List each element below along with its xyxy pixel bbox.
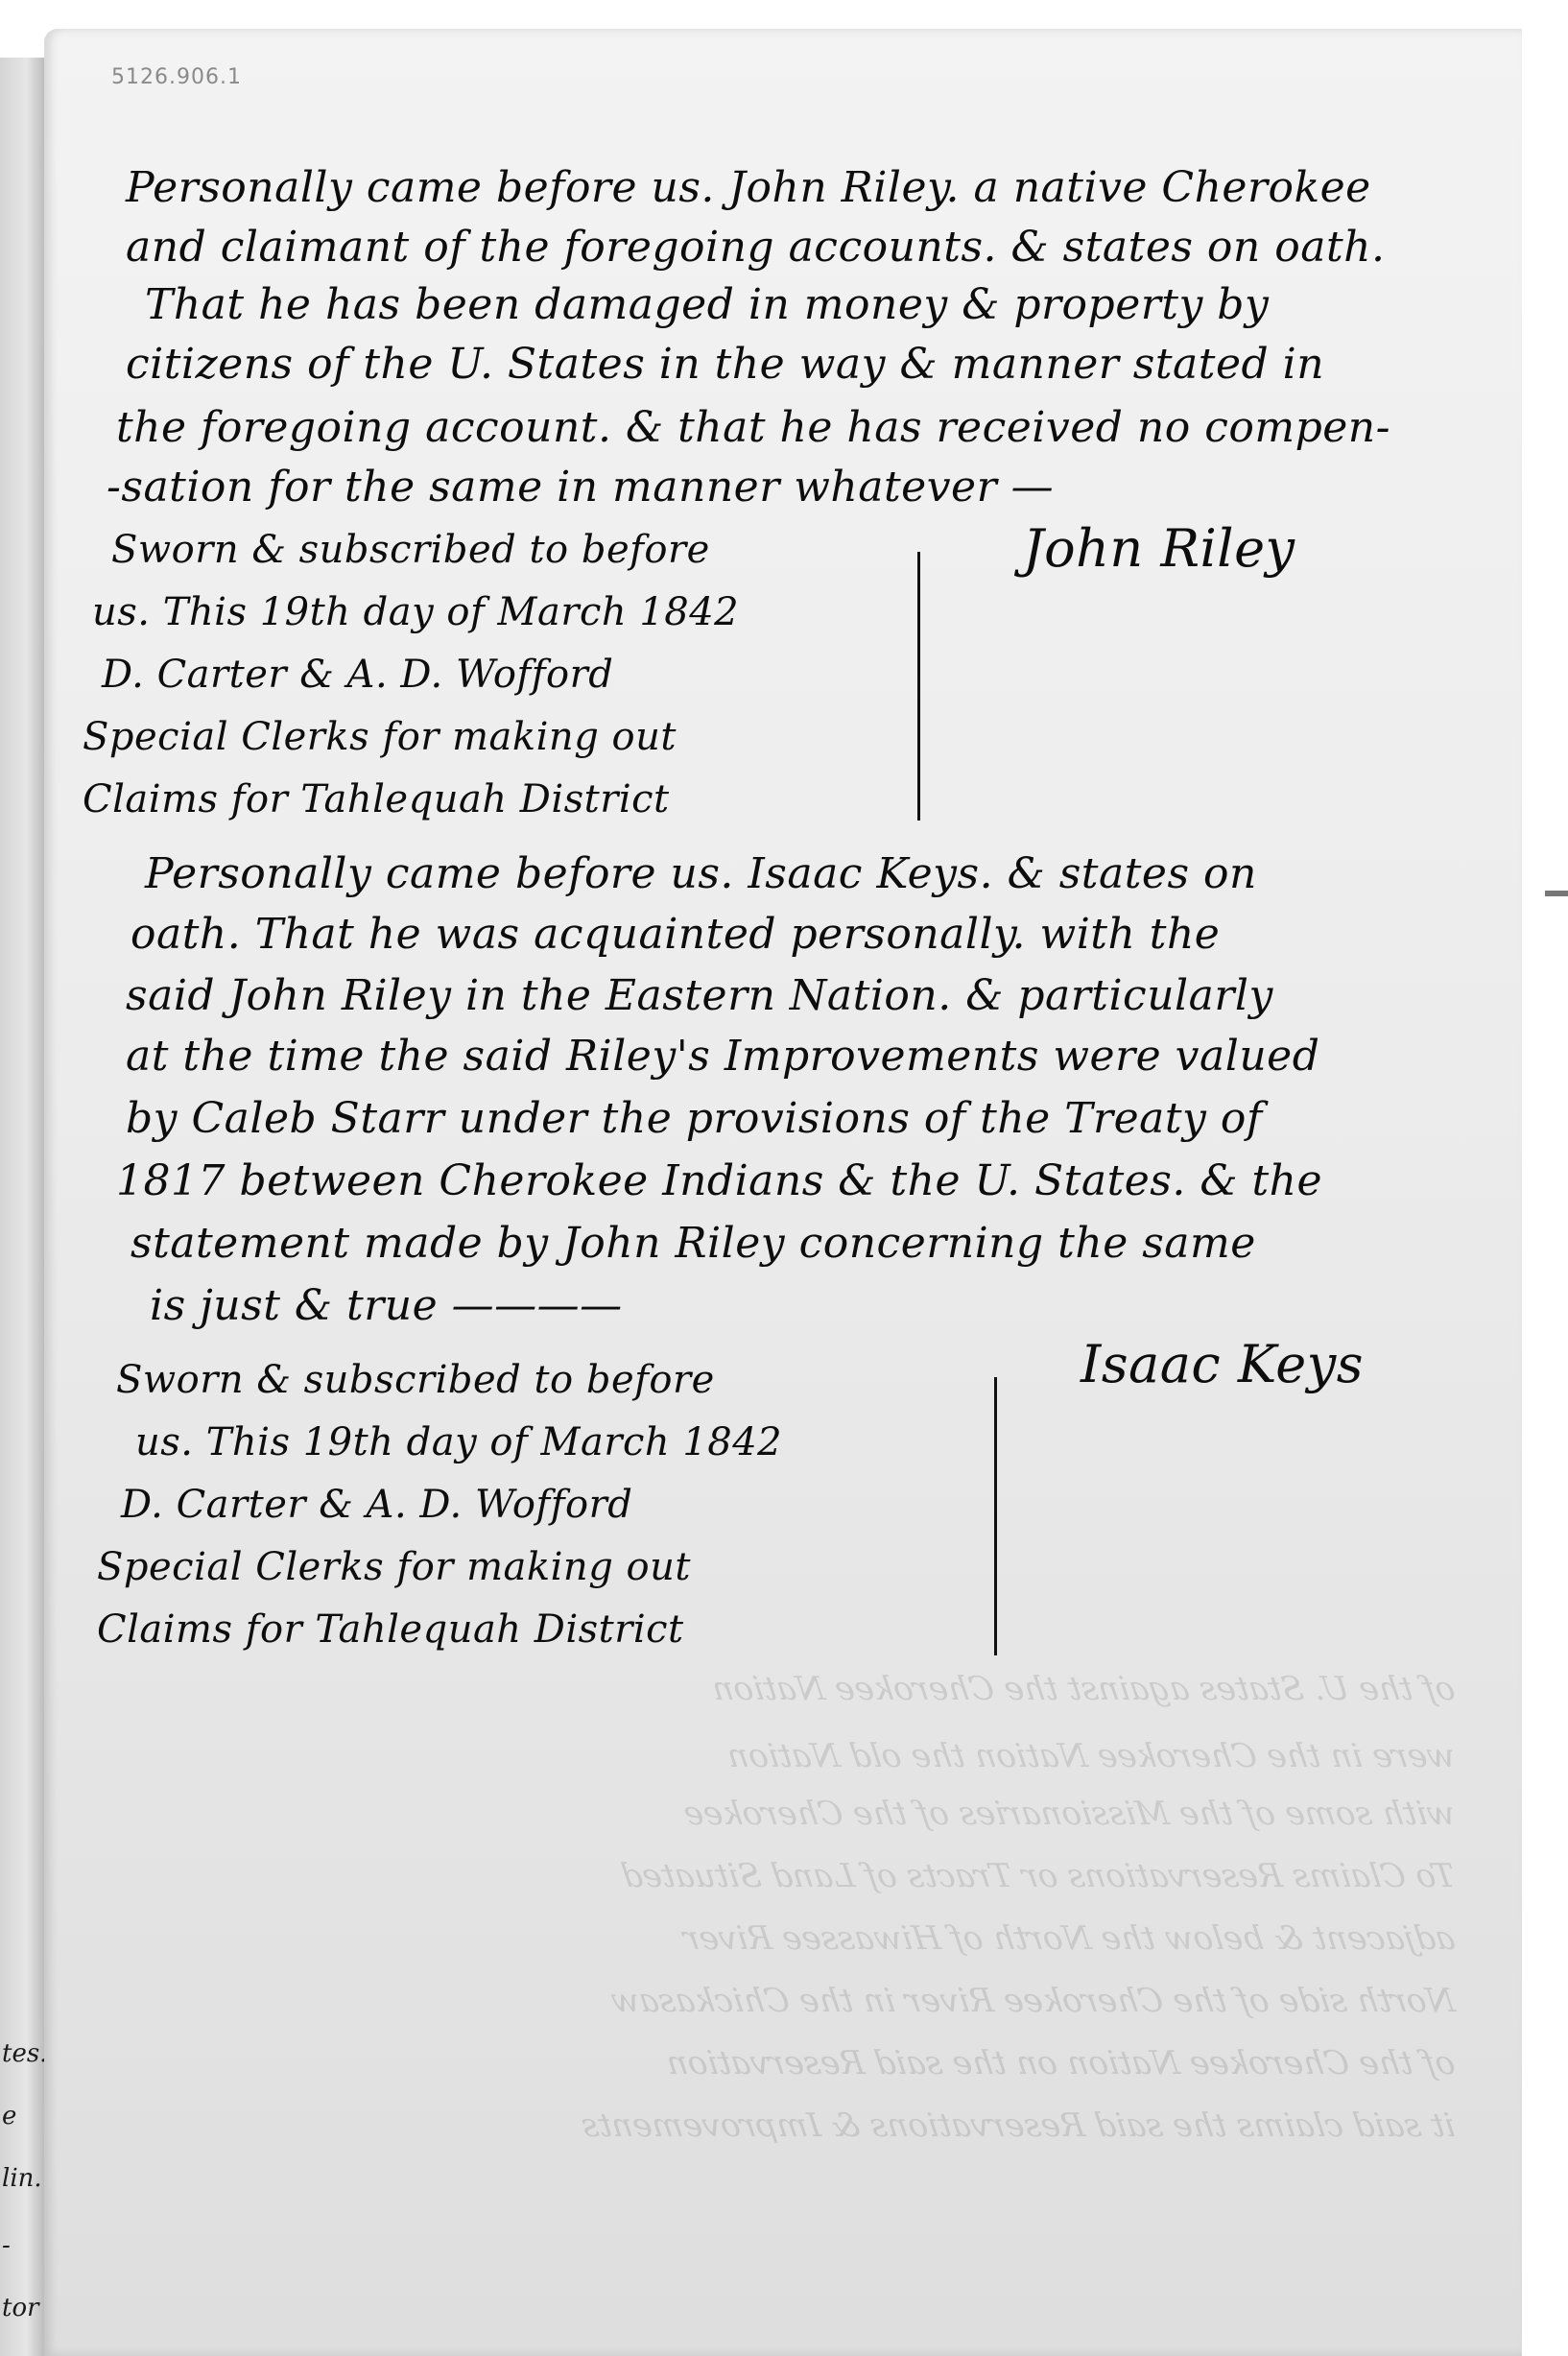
affidavit-line: oath. That he was acquainted personally.… xyxy=(131,910,1220,959)
affidavit-line: is just & true ———— xyxy=(150,1281,623,1330)
page-edge-marker xyxy=(1545,891,1568,896)
bleed-line: adjacent & below the North of Hiwassee R… xyxy=(156,1919,1458,1958)
jurat-line: us. This 19th day of March 1842 xyxy=(92,590,739,634)
affidavit-line: and claimant of the foregoing accounts. … xyxy=(126,223,1385,272)
signature-isaac-keys: Isaac Keys xyxy=(1081,1334,1364,1394)
document-page: 5126.906.1 of the U. States against the … xyxy=(44,29,1522,2356)
bleed-line: it said claims the said Reservations & I… xyxy=(156,2106,1458,2145)
jurat-line: Special Clerks for making out xyxy=(83,715,677,759)
jurat-line: D. Carter & A. D. Wofford xyxy=(102,653,613,697)
affidavit-line: at the time the said Riley's Improvement… xyxy=(126,1032,1319,1081)
affidavit-line: Personally came before us. John Riley. a… xyxy=(126,163,1371,212)
bleed-line: were in the Cherokee Nation the old Nati… xyxy=(156,1737,1458,1775)
margin-fragment: e xyxy=(2,2102,16,2130)
bleed-line: with some of the Missionaries of the Che… xyxy=(156,1795,1458,1833)
margin-fragment: tes. xyxy=(2,2039,47,2068)
affidavit-line: the foregoing account. & that he has rec… xyxy=(116,403,1390,452)
affidavit-line: said John Riley in the Eastern Nation. &… xyxy=(126,971,1273,1020)
archive-number: 5126.906.1 xyxy=(111,65,242,89)
affidavit-line: -sation for the same in manner whatever … xyxy=(107,463,1054,512)
bleed-line: North side of the Cherokee River in the … xyxy=(156,1982,1458,2020)
jurat-line: Sworn & subscribed to before xyxy=(111,528,710,572)
jurat-line: D. Carter & A. D. Wofford xyxy=(121,1483,632,1527)
jurat-line: Claims for Tahlequah District xyxy=(97,1607,684,1652)
affidavit-line: Personally came before us. Isaac Keys. &… xyxy=(145,849,1257,898)
affidavit-line: 1817 between Cherokee Indians & the U. S… xyxy=(116,1156,1322,1205)
margin-fragment: - xyxy=(2,2231,11,2260)
margin-fragment: tor xyxy=(2,2294,39,2322)
previous-page-edge: tes. e lin. - tor xyxy=(0,58,44,2356)
margin-fragment: lin. xyxy=(2,2164,42,2193)
bracket-brace xyxy=(879,552,920,821)
jurat-line: Sworn & subscribed to before xyxy=(116,1358,715,1402)
bleed-line: of the Cherokee Nation on the said Reser… xyxy=(156,2044,1458,2082)
affidavit-line: citizens of the U. States in the way & m… xyxy=(126,340,1324,389)
bracket-brace xyxy=(956,1377,997,1655)
affidavit-line: statement made by John Riley concerning … xyxy=(131,1219,1256,1268)
jurat-line: Claims for Tahlequah District xyxy=(83,777,670,821)
jurat-line: Special Clerks for making out xyxy=(97,1545,691,1589)
bleed-line: of the U. States against the Cherokee Na… xyxy=(156,1670,1458,1708)
bleed-line: To Claims Reservations or Tracts of Land… xyxy=(156,1857,1458,1895)
affidavit-line: by Caleb Starr under the provisions of t… xyxy=(126,1094,1263,1143)
signature-john-riley: John Riley xyxy=(1023,518,1295,579)
affidavit-line: That he has been damaged in money & prop… xyxy=(145,280,1269,329)
jurat-line: us. This 19th day of March 1842 xyxy=(135,1420,782,1464)
